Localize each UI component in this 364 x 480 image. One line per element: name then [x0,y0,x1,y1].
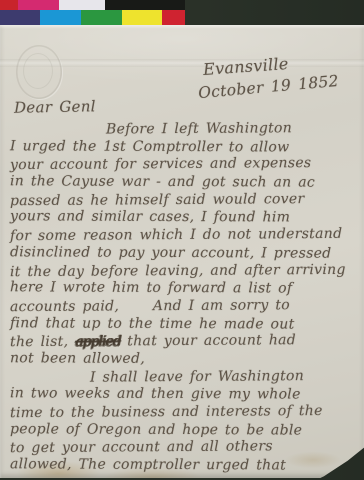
letter-scan: Evansville October 19 1852 Dear Genl Bef… [0,0,364,480]
letter-place: Evansville [202,54,289,79]
color-patch-red [0,0,18,10]
letter-line: it the day before leaving, and after arr… [10,261,346,281]
color-patch-white [59,0,105,10]
letter-line: yours and similar cases, I found him [10,209,346,228]
color-patch-yellow [122,10,162,25]
letter-line: in the Cayuse war - and got such an ac [10,173,346,192]
letter-line: here I wrote him to forward a list of [10,279,346,298]
letter-line: your account for services and expenses [10,155,346,175]
letter-line: time to the business and interests of th… [10,403,346,423]
letter-line: accounts paid, And I am sorry to [10,297,346,317]
scribbled-out-word: applied [75,334,121,350]
struck-line-pre: the list, [10,334,75,350]
letter-line: I shall leave for Washington [10,367,346,387]
color-patch-red-2 [162,10,185,25]
color-patch-black [105,0,185,10]
color-patch-green [81,10,122,25]
letter-salutation: Dear Genl [14,97,96,116]
letter-line: allowed, The comptroller urged that [10,456,346,475]
color-patch-navy [0,10,40,25]
letter-body: Before I left Washington I urged the 1st… [10,121,346,475]
calibration-row-1 [0,0,364,10]
letter-line: to get your account and all others [10,438,346,458]
letter-line-struck: the list, applied that your account had [10,332,346,352]
calibration-row-2 [0,10,364,25]
struck-line-post: that your account had [120,332,296,349]
color-calibration-bar [0,0,364,25]
letter-line: not been allowed, [10,350,346,369]
letter-page: Evansville October 19 1852 Dear Genl Bef… [0,25,364,478]
letter-line: find that up to the time he made out [10,315,346,334]
letter-line: for some reason which I do not understan… [10,226,346,246]
letter-line: Before I left Washington [10,120,346,140]
letter-line: disinclined to pay your account, I press… [10,244,346,263]
handwritten-text: Evansville October 19 1852 Dear Genl Bef… [0,25,364,478]
letter-line: in two weeks and then give my whole [10,386,346,405]
color-patch-magenta [18,0,59,10]
color-patch-cyan [40,10,81,25]
